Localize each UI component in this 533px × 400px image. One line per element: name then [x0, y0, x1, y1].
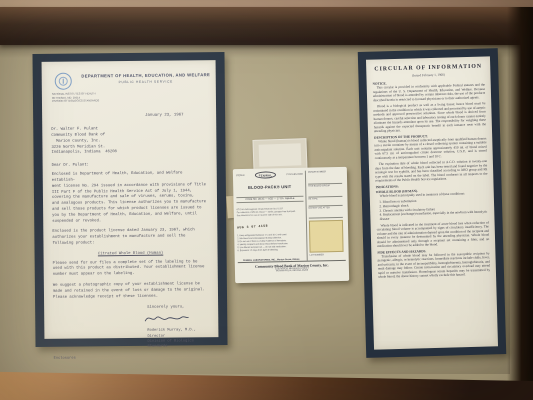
agency-name: DEPARTMENT OF HEALTH, EDUCATION, AND WEL… [79, 68, 213, 78]
notice-paragraph: This circular is provided in conformity … [373, 83, 486, 103]
frame-top-rail [0, 7, 533, 45]
general-paragraph: Blood is a biological product as well as… [373, 102, 486, 134]
pyrogen-free-text: PYROGEN FREE [286, 173, 303, 175]
salutation: Dear Dr. Pulant: [52, 162, 208, 168]
description-paragraph-2: The expiration date of whole blood colle… [375, 159, 488, 183]
donor-number-field: DONOR NUMBER [308, 170, 342, 185]
letterhead: DEPARTMENT OF HEALTH, EDUCATION, AND WEL… [51, 68, 207, 106]
letter-paragraph-3: Please send for our files a complete set… [53, 260, 209, 279]
description-paragraph-1: Whole blood (human) is blood collected a… [374, 136, 487, 160]
indications-list: 1. Blood loss or substitution 2. Hemorrh… [379, 197, 488, 221]
blood-pack-title: BLOOD-PACK® UNIT [236, 184, 303, 190]
letter-paragraph-4: We suggest a photographic copy of your e… [53, 282, 209, 301]
closing: Sincerely yours, [147, 306, 209, 311]
licensed-product-name: Citrated Whole Blood (Human) [53, 251, 209, 257]
dhew-seal-icon [55, 73, 72, 90]
expiry-field: DO NOT USE AFTER [309, 206, 343, 219]
sub-agency-name: PUBLIC HEALTH SERVICE [79, 79, 213, 84]
signer-name: Roderick Murray, M.D., Director [147, 329, 209, 340]
code-number-line: CODE NO. JB-2C — ACD — 17 GA. NEEDLE [236, 196, 303, 203]
fenwal-logo: FENWAL [255, 171, 277, 178]
stamp-box [309, 219, 344, 252]
circular-of-information: CIRCULAR OF INFORMATION (Issued February… [366, 56, 498, 349]
circular-mat-border: CIRCULAR OF INFORMATION (Issued February… [358, 48, 506, 358]
recipient-address: Dr. Walter F. Pulant Community Blood Ban… [51, 126, 207, 157]
indications-paragraph: Whole blood is indicated in the treatmen… [377, 221, 490, 249]
label-instructions: 1. Keep refrigerated between 1 C and 10 … [237, 233, 304, 253]
letter-mat-border: DEPARTMENT OF HEALTH, EDUCATION, AND WEL… [32, 52, 227, 347]
signer-title: Division of Biologics Standards [147, 339, 209, 350]
framed-documents-photo: DEPARTMENT OF HEALTH, EDUCATION, AND WEL… [0, 0, 533, 400]
frame-right-rail [507, 7, 533, 400]
letter-date: January 23, 1967 [145, 113, 207, 118]
letter-paragraph-1: Enclosed is Department of Health, Educat… [52, 171, 209, 225]
hazards-paragraph: Transfusion of whole blood may be follow… [377, 252, 490, 280]
blood-group-field: THIS BLOOD GROUP [308, 184, 342, 198]
lot-number-field: LOT NUMBER [310, 253, 344, 261]
sterile-text: STERILE [236, 174, 245, 176]
letter-paragraph-2: Enclosed is the product license dated Ja… [52, 229, 208, 248]
signature-icon [143, 311, 209, 330]
date-stamp: AUG 3 67 4158 [237, 222, 304, 230]
blood-pack-label: STERILE FENWAL PYROGEN FREE BLOOD-PACK® … [233, 167, 349, 283]
license-letter: DEPARTMENT OF HEALTH, EDUCATION, AND WEL… [42, 60, 219, 339]
office-address-block: NATIONAL INSTITUTES OF HEALTH BETHESDA, … [52, 92, 99, 103]
